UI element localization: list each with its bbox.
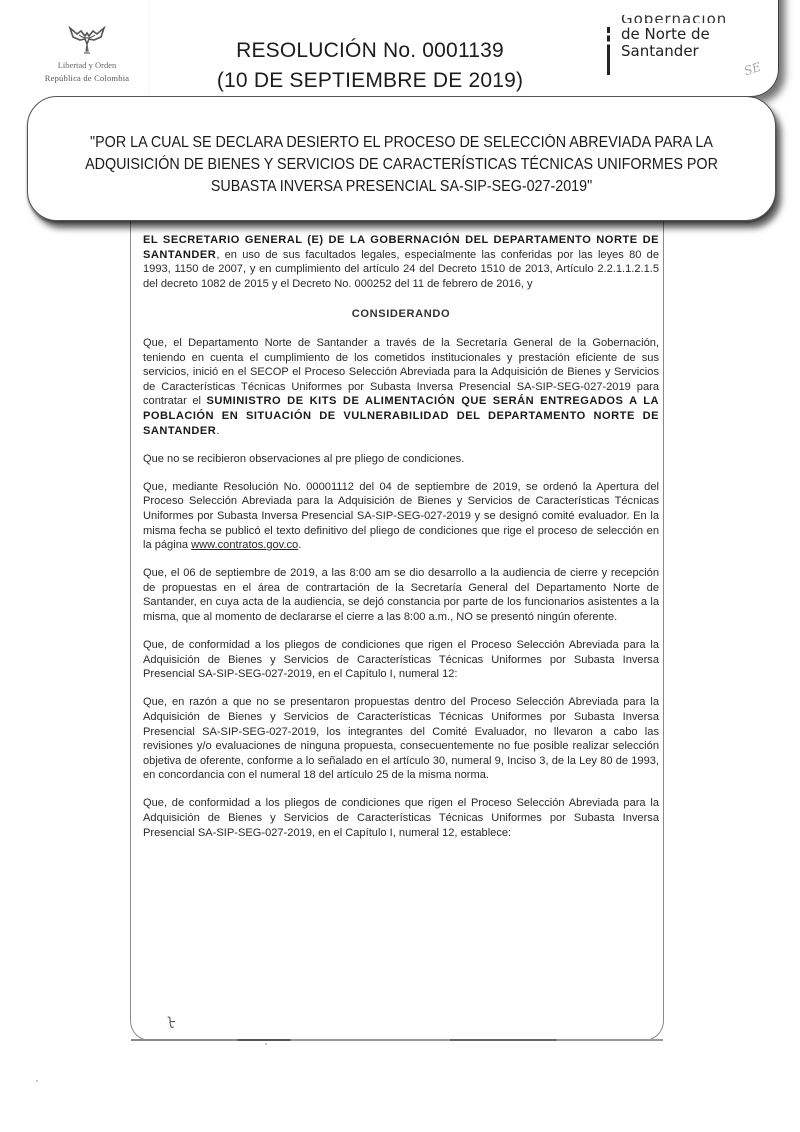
contratos-link[interactable]: www.contratos.gov.co: [191, 539, 298, 551]
document-body: EL SECRETARIO GENERAL (E) DE LA GOBERNAC…: [143, 233, 659, 854]
issuer-partial-line: Gobernación: [621, 15, 741, 23]
initial-mark-icon: ᡶ: [167, 1008, 176, 1032]
preamble-text: , en uso de sus facultados legales, espe…: [143, 249, 659, 290]
subject-text: "POR LA CUAL SE DECLARA DESIERTO EL PROC…: [54, 132, 749, 198]
considerando-heading: CONSIDERANDO: [143, 307, 659, 322]
paragraph-4: Que, el 06 de septiembre de 2019, a las …: [143, 566, 659, 624]
issuer-block: Gobernación de Norte de Santander: [607, 26, 710, 60]
coat-of-arms-condor-icon: [67, 24, 107, 58]
scan-speck: [265, 1043, 267, 1045]
scan-speck: [36, 1080, 38, 1082]
issuer-line-1: de Norte de: [621, 26, 710, 43]
crest-country: República de Colombia: [22, 73, 152, 83]
paragraph-3: Que, mediante Resolución No. 00001112 de…: [143, 480, 659, 553]
crest-motto: Libertad y Orden: [22, 60, 152, 70]
paragraph-6: Que, en razón a que no se presentaron pr…: [143, 695, 659, 783]
preamble: EL SECRETARIO GENERAL (E) DE LA GOBERNAC…: [143, 233, 659, 291]
paragraph-1: Que, el Departamento Norte de Santander …: [143, 336, 659, 438]
issuer-line-2: Santander: [621, 43, 710, 60]
contract-object: SUMINISTRO DE KITS DE ALIMENTACIÓN QUE S…: [143, 395, 659, 436]
paragraph-7: Que, de conformidad a los pliegos de con…: [143, 796, 659, 840]
paragraph-5: Que, de conformidad a los pliegos de con…: [143, 638, 659, 682]
coat-of-arms: Libertad y Orden República de Colombia: [22, 24, 152, 83]
subject-banner: "POR LA CUAL SE DECLARA DESIERTO EL PROC…: [27, 96, 776, 221]
paragraph-2: Que no se recibieron observaciones al pr…: [143, 452, 659, 467]
